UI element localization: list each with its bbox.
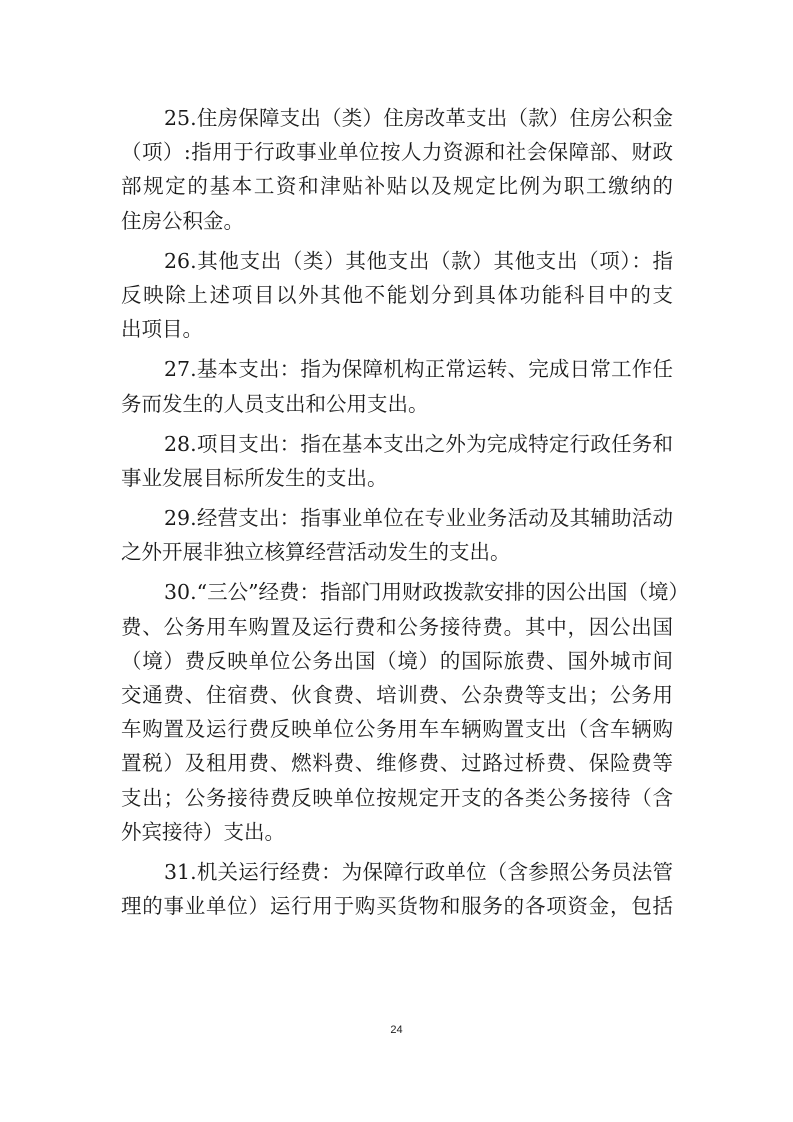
paragraph-25-housing-provident-fund: 25.住房保障支出（类）住房改革支出（款）住房公积金 （项）:指用于行政事业单位… — [121, 101, 673, 238]
paragraph-line: 交通费、住宿费、伙食费、培训费、公杂费等支出；公务用 — [121, 678, 673, 712]
paragraph-line: 25.住房保障支出（类）住房改革支出（款）住房公积金 — [121, 101, 673, 135]
paragraph-27-basic-expenditure: 27.基本支出：指为保障机构正常运转、完成日常工作任 务而发生的人员支出和公用支… — [121, 352, 673, 420]
paragraph-line: 27.基本支出：指为保障机构正常运转、完成日常工作任 — [121, 352, 673, 386]
paragraph-26-other-expenditure: 26.其他支出（类）其他支出（款）其他支出（项）：指 反映除上述项目以外其他不能… — [121, 244, 673, 347]
paragraph-line: 住房公积金。 — [121, 204, 673, 238]
paragraph-line: （境）费反映单位公务出国（境）的国际旅费、国外城市间 — [121, 644, 673, 678]
paragraph-line: 之外开展非独立核算经营活动发生的支出。 — [121, 535, 673, 569]
paragraph-29-operating-expenditure: 29.经营支出：指事业单位在专业业务活动及其辅助活动 之外开展非独立核算经营活动… — [121, 501, 673, 569]
paragraph-31-agency-operating-funds: 31.机关运行经费：为保障行政单位（含参照公务员法管 理的事业单位）运行用于购买… — [121, 855, 673, 923]
paragraph-line: （项）:指用于行政事业单位按人力资源和社会保障部、财政 — [121, 135, 673, 169]
paragraph-28-project-expenditure: 28.项目支出：指在基本支出之外为完成特定行政任务和 事业发展目标所发生的支出。 — [121, 427, 673, 495]
paragraph-line: 反映除上述项目以外其他不能划分到具体功能科目中的支 — [121, 278, 673, 312]
paragraph-line: 车购置及运行费反映单位公务用车车辆购置支出（含车辆购 — [121, 712, 673, 746]
paragraph-30-three-public-expenses: 30.“三公”经费：指部门用财政拨款安排的因公出国（境） 费、公务用车购置及运行… — [121, 575, 673, 849]
paragraph-line: 外宾接待）支出。 — [121, 815, 673, 849]
paragraph-line: 30.“三公”经费：指部门用财政拨款安排的因公出国（境） — [121, 575, 673, 609]
body-text: 25.住房保障支出（类）住房改革支出（款）住房公积金 （项）:指用于行政事业单位… — [121, 101, 673, 923]
paragraph-line: 26.其他支出（类）其他支出（款）其他支出（项）：指 — [121, 244, 673, 278]
paragraph-line: 29.经营支出：指事业单位在专业业务活动及其辅助活动 — [121, 501, 673, 535]
paragraph-line: 理的事业单位）运行用于购买货物和服务的各项资金，包括 — [121, 889, 673, 923]
paragraph-line: 事业发展目标所发生的支出。 — [121, 461, 673, 495]
paragraph-line: 28.项目支出：指在基本支出之外为完成特定行政任务和 — [121, 427, 673, 461]
paragraph-line: 出项目。 — [121, 312, 673, 346]
paragraph-line: 部规定的基本工资和津贴补贴以及规定比例为职工缴纳的 — [121, 169, 673, 203]
paragraph-line: 务而发生的人员支出和公用支出。 — [121, 387, 673, 421]
page-number: 24 — [0, 1024, 793, 1036]
paragraph-line: 费、公务用车购置及运行费和公务接待费。其中，因公出国 — [121, 610, 673, 644]
paragraph-line: 支出；公务接待费反映单位按规定开支的各类公务接待（含 — [121, 781, 673, 815]
document-page: 25.住房保障支出（类）住房改革支出（款）住房公积金 （项）:指用于行政事业单位… — [0, 0, 793, 1122]
paragraph-line: 31.机关运行经费：为保障行政单位（含参照公务员法管 — [121, 855, 673, 889]
paragraph-line: 置税）及租用费、燃料费、维修费、过路过桥费、保险费等 — [121, 746, 673, 780]
